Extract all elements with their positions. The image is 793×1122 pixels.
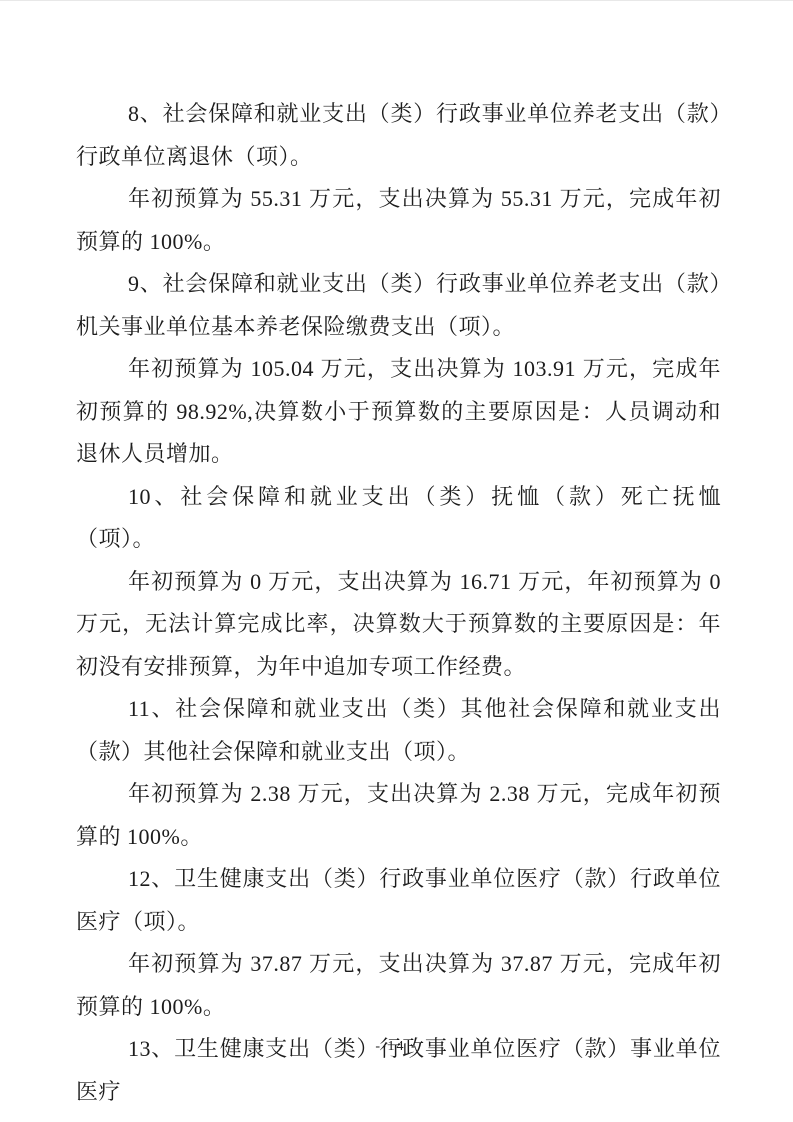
paragraph-item-12-detail: 年初预算为 37.87 万元，支出决算为 37.87 万元，完成年初预算的 10…: [76, 943, 721, 1028]
paragraph-item-8-detail: 年初预算为 55.31 万元，支出决算为 55.31 万元，完成年初预算的 10…: [76, 178, 721, 263]
page-footer: - 14 -: [0, 1037, 793, 1055]
paragraph-item-9-heading: 9、社会保障和就业支出（类）行政事业单位养老支出（款）机关事业单位基本养老保险缴…: [76, 263, 721, 348]
page-number: - 14 -: [375, 1039, 417, 1054]
paragraph-item-9-detail: 年初预算为 105.04 万元，支出决算为 103.91 万元，完成年初预算的 …: [76, 348, 721, 476]
document-page: 8、社会保障和就业支出（类）行政事业单位养老支出（款）行政单位离退休（项）。 年…: [0, 0, 793, 1122]
paragraph-item-12-heading: 12、卫生健康支出（类）行政事业单位医疗（款）行政单位医疗（项）。: [76, 858, 721, 943]
paragraph-item-10-detail: 年初预算为 0 万元，支出决算为 16.71 万元，年初预算为 0 万元，无法计…: [76, 561, 721, 689]
paragraph-item-11-heading: 11、社会保障和就业支出（类）其他社会保障和就业支出（款）其他社会保障和就业支出…: [76, 688, 721, 773]
document-body: 8、社会保障和就业支出（类）行政事业单位养老支出（款）行政单位离退休（项）。 年…: [76, 93, 721, 1113]
paragraph-item-10-heading: 10、社会保障和就业支出（类）抚恤（款）死亡抚恤（项）。: [76, 476, 721, 561]
paragraph-item-8-heading: 8、社会保障和就业支出（类）行政事业单位养老支出（款）行政单位离退休（项）。: [76, 93, 721, 178]
paragraph-item-11-detail: 年初预算为 2.38 万元，支出决算为 2.38 万元，完成年初预算的 100%…: [76, 773, 721, 858]
